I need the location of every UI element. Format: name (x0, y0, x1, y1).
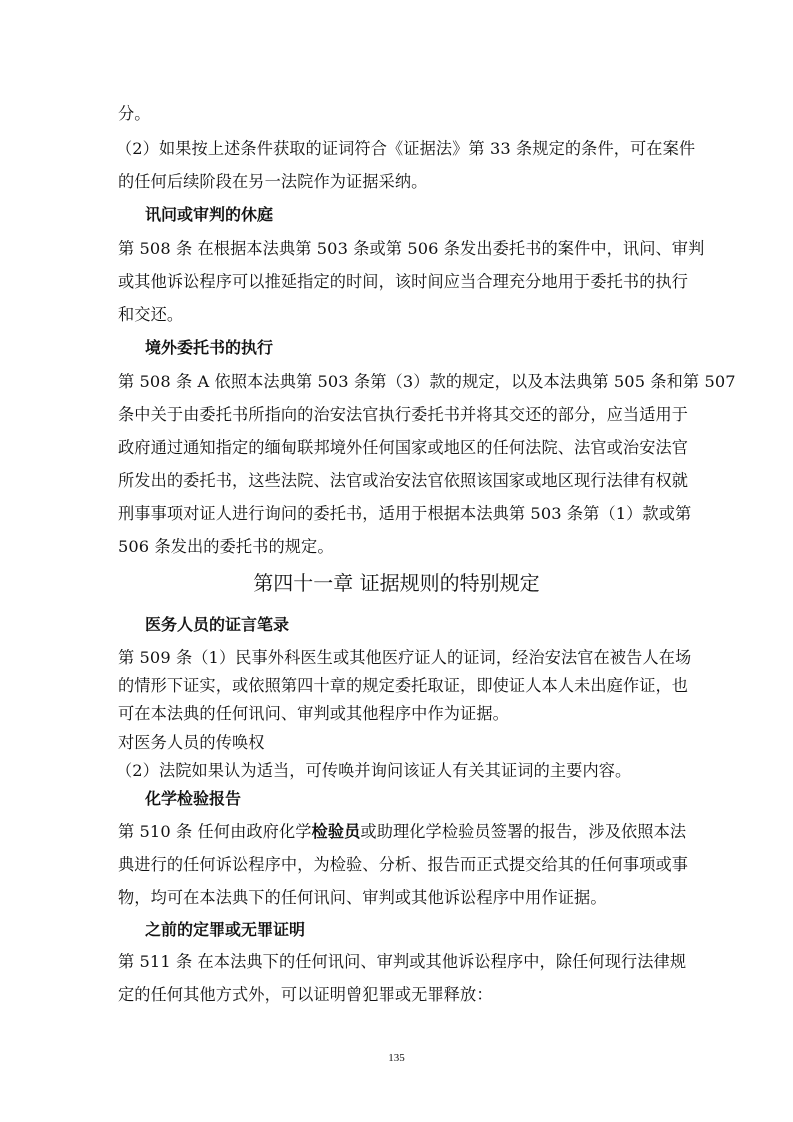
paragraph-line: 政府通过通知指定的缅甸联邦境外任何国家或地区的任何法院、法官或治安法官 (118, 438, 688, 458)
paragraph-line: 和交还。 (118, 305, 183, 325)
paragraph-line: 第 509 条（1）民事外科医生或其他医疗证人的证词，经治安法官在被告人在场 (118, 648, 691, 668)
paragraph-line: 物，均可在本法典下的任何讯问、审判或其他诉讼程序中用作证据。 (118, 888, 607, 908)
paragraph-line: （2）法院如果认为适当，可传唤并询问该证人有关其证词的主要内容。 (116, 761, 631, 781)
bold-term: 检验员 (312, 822, 361, 841)
subsection-label: 对医务人员的传唤权 (118, 733, 265, 753)
page-number: 135 (0, 1051, 793, 1065)
paragraph-line: 定的任何其他方式外，可以证明曾犯罪或无罪释放： (118, 985, 493, 1005)
paragraph-line: 所发出的委托书，这些法院、法官或治安法官依照该国家或地区现行法律有权就 (118, 471, 688, 491)
paragraph-line: 第 510 条 任何由政府化学检验员或助理化学检验员签署的报告，涉及依照本法 (118, 822, 686, 842)
paragraph-line: 刑事事项对证人进行询问的委托书，适用于根据本法典第 503 条第（1）款或第 (118, 504, 691, 524)
paragraph-line: 第 508 条 在根据本法典第 503 条或第 506 条发出委托书的案件中，讯… (118, 239, 704, 259)
text-span: 第 510 条 任何由政府化学 (118, 822, 312, 841)
section-heading: 境外委托书的执行 (145, 338, 273, 358)
paragraph-line: 或其他诉讼程序可以推延指定的时间，该时间应当合理充分地用于委托书的执行 (118, 272, 688, 292)
section-heading: 之前的定罪或无罪证明 (145, 920, 305, 940)
paragraph-line: 第 511 条 在本法典下的任何讯问、审判或其他诉讼程序中，除任何现行法律规 (118, 952, 686, 972)
paragraph-line: 条中关于由委托书所指向的治安法官执行委托书并将其交还的部分，应当适用于 (118, 405, 688, 425)
paragraph-line: 506 条发出的委托书的规定。 (118, 537, 334, 557)
paragraph-line: 第 508 条 A 依照本法典第 503 条第（3）款的规定，以及本法典第 50… (118, 372, 736, 392)
paragraph-line: （2）如果按上述条件获取的证词符合《证据法》第 33 条规定的条件，可在案件 (116, 139, 695, 159)
section-heading: 化学检验报告 (145, 789, 241, 809)
paragraph-line: 的情形下证实，或依照第四十章的规定委托取证，即使证人本人未出庭作证，也 (118, 676, 688, 696)
paragraph-line: 的任何后续阶段在另一法院作为证据采纳。 (118, 172, 427, 192)
paragraph-line: 分。 (118, 104, 151, 124)
text-span: 或助理化学检验员签署的报告，涉及依照本法 (360, 822, 686, 841)
paragraph-line: 典进行的任何诉讼程序中，为检验、分析、报告而正式提交给其的任何事项或事 (118, 855, 688, 875)
section-heading: 医务人员的证言笔录 (145, 615, 289, 635)
paragraph-line: 可在本法典的任何讯问、审判或其他程序中作为证据。 (118, 704, 509, 724)
chapter-title: 第四十一章 证据规则的特别规定 (0, 570, 793, 596)
section-heading: 讯问或审判的休庭 (145, 205, 273, 225)
